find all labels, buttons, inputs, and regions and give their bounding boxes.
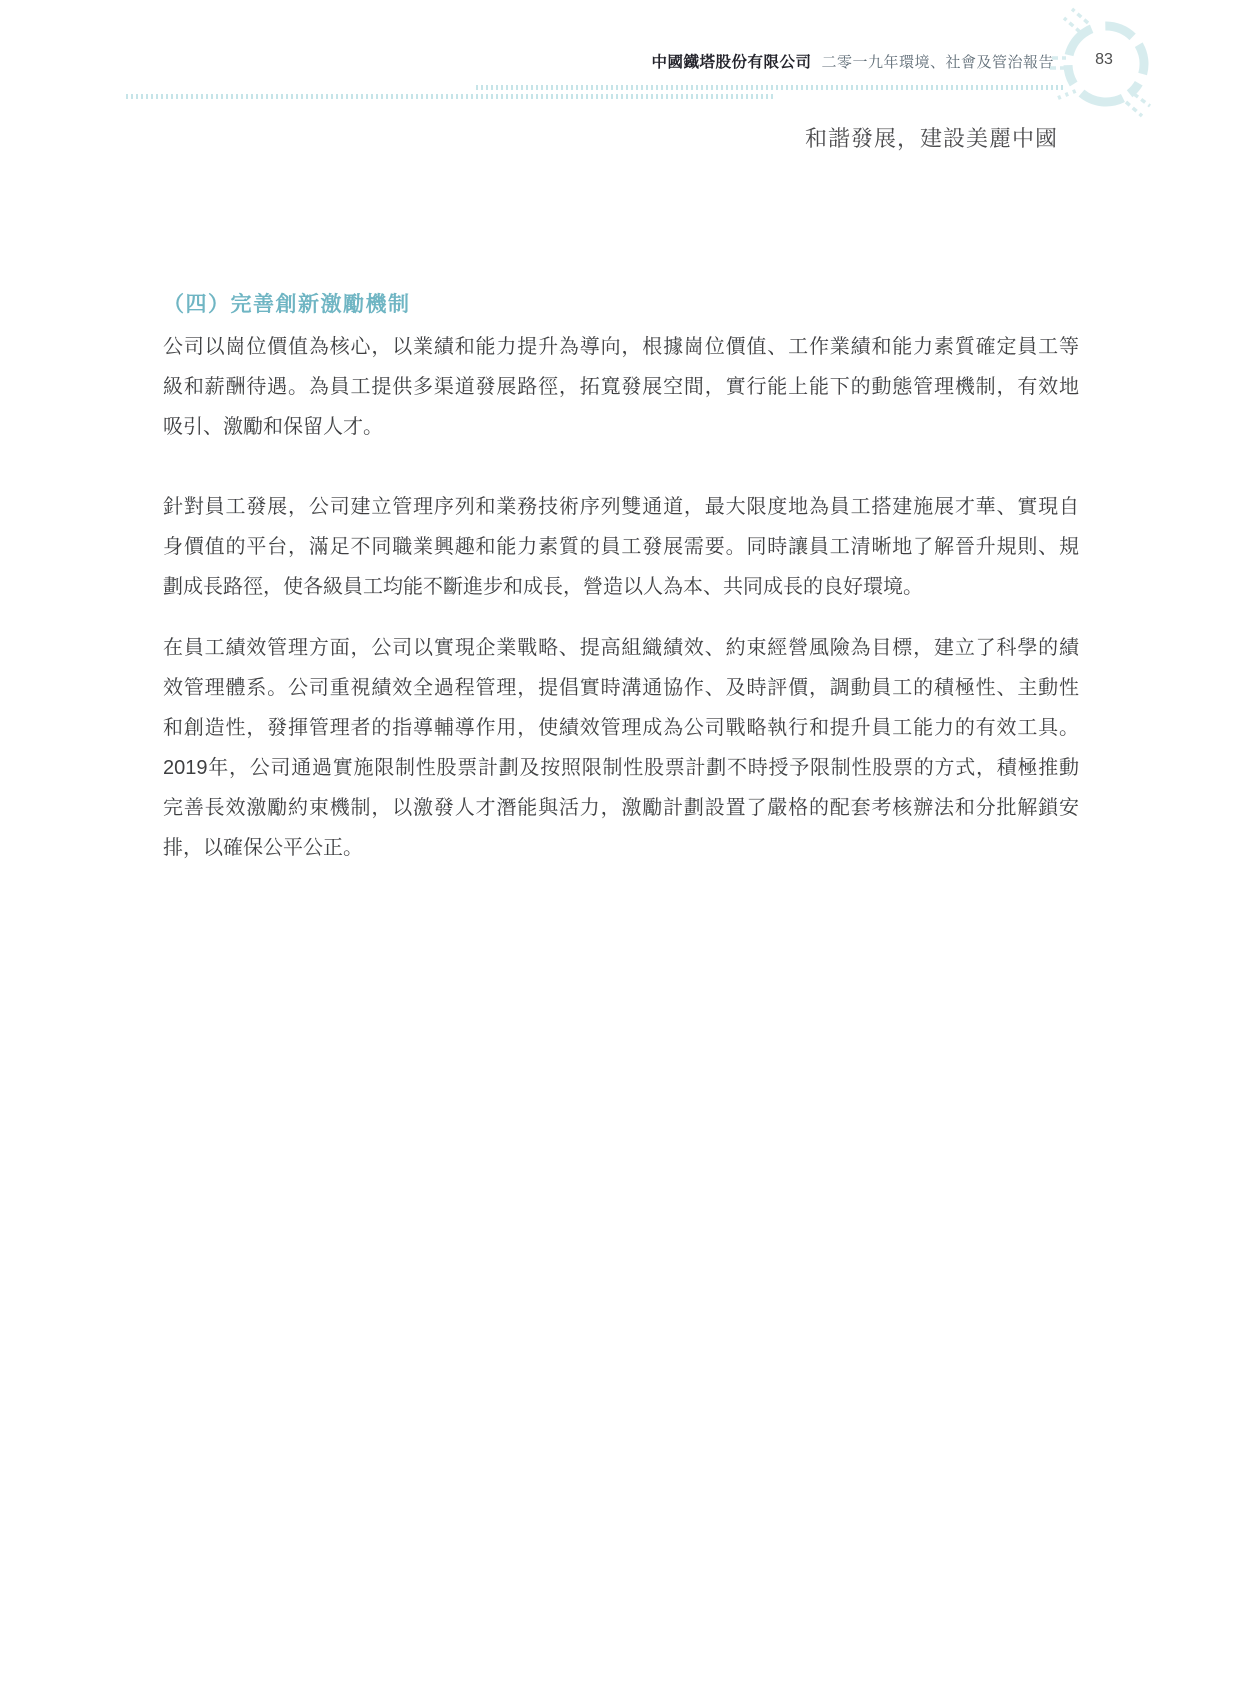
paragraph-line: 級和薪酬待遇。為員工提供多渠道發展路徑，拓寬發展空間，實行能上能下的動態管理機制… — [163, 367, 1079, 407]
paragraph-line: 身價值的平台，滿足不同職業興趣和能力素質的員工發展需要。同時讓員工清晰地了解晉升… — [163, 527, 1079, 567]
paragraph-line: 2019年，公司通過實施限制性股票計劃及按照限制性股票計劃不時授予限制性股票的方… — [163, 748, 1079, 788]
company-name: 中國鐵塔股份有限公司 — [651, 54, 811, 71]
paragraph-line: 劃成長路徑，使各級員工均能不斷進步和成長，營造以人為本、共同成長的良好環境。 — [163, 567, 1079, 607]
paragraph-line: 完善長效激勵約束機制，以激發人才潛能與活力，激勵計劃設置了嚴格的配套考核辦法和分… — [163, 788, 1079, 828]
paragraph-line: 公司以崗位價值為核心，以業績和能力提升為導向，根據崗位價值、工作業績和能力素質確… — [163, 327, 1079, 367]
document-page: 中國鐵塔股份有限公司二零一九年環境、社會及管治報告 — [0, 0, 1240, 1682]
paragraph-line: 效管理體系。公司重視績效全過程管理，提倡實時溝通協作、及時評價，調動員工的積極性… — [163, 668, 1079, 708]
paragraph-line: 在員工績效管理方面，公司以實現企業戰略、提高組織績效、約束經營風險為目標，建立了… — [163, 628, 1079, 668]
header-divider-hatch-bottom — [126, 94, 776, 99]
paragraph-line: 吸引、激勵和保留人才。 — [163, 407, 1079, 447]
paragraph-line: 和創造性，發揮管理者的指導輔導作用，使績效管理成為公司戰略執行和提升員工能力的有… — [163, 708, 1079, 748]
page-header: 中國鐵塔股份有限公司二零一九年環境、社會及管治報告 — [651, 50, 1054, 72]
paragraph-line: 針對員工發展，公司建立管理序列和業務技術序列雙通道，最大限度地為員工搭建施展才華… — [163, 487, 1079, 527]
paragraph-line: 排，以確保公平公正。 — [163, 828, 1079, 868]
header-divider-hatch-top — [476, 85, 1066, 90]
paragraph-3: 在員工績效管理方面，公司以實現企業戰略、提高組織績效、約束經營風險為目標，建立了… — [163, 628, 1079, 868]
chapter-tagline: 和諧發展，建設美麗中國 — [805, 122, 1058, 153]
paragraph-2: 針對員工發展，公司建立管理序列和業務技術序列雙通道，最大限度地為員工搭建施展才華… — [163, 487, 1079, 607]
report-title: 二零一九年環境、社會及管治報告 — [821, 54, 1054, 71]
page-number: 83 — [1042, 6, 1166, 114]
section-heading: （四）完善創新激勵機制 — [163, 288, 411, 318]
paragraph-1: 公司以崗位價值為核心，以業績和能力提升為導向，根據崗位價值、工作業績和能力素質確… — [163, 327, 1079, 447]
